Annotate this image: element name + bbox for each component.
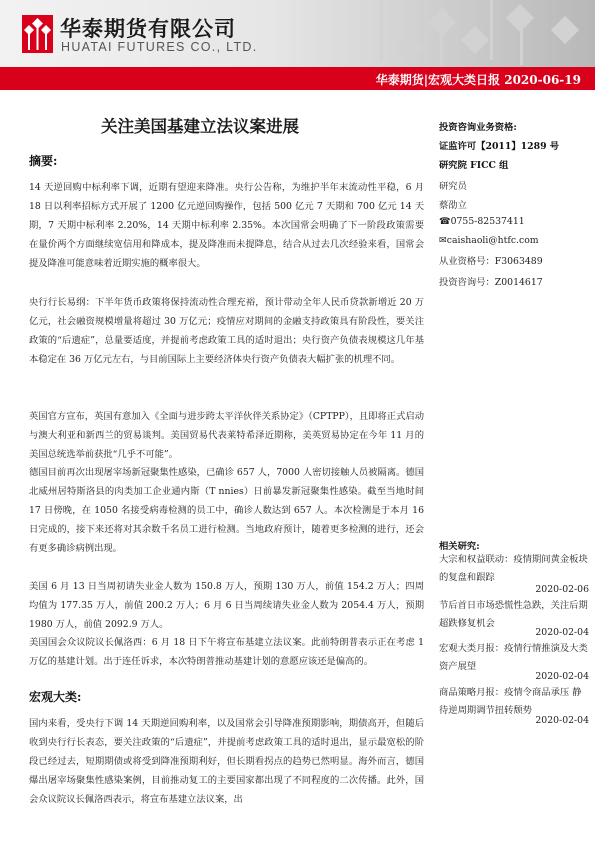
consult-number: 投资咨询号：Z0014617	[439, 274, 543, 288]
department: 研究院 FICC 组	[439, 157, 508, 171]
report-tag-bar: 华泰期货|宏观大类日报 2020-06-19	[0, 67, 595, 90]
report-header: 华泰期货有限公司 HUATAI FUTURES CO., LTD.	[0, 0, 595, 67]
related-item-title[interactable]: 大宗和权益联动：疫情期间黄金板块的复盘和跟踪	[439, 554, 588, 583]
phone-row: ☎0755-82537411	[439, 216, 525, 227]
company-name-cn: 华泰期货有限公司	[60, 13, 236, 43]
related-item-title[interactable]: 宏观大类月报：疫情行情推演及大类资产展望	[439, 643, 588, 672]
phone-icon: ☎	[439, 216, 451, 227]
decor-diamond	[551, 16, 579, 44]
analyst-role: 研究员	[439, 178, 467, 192]
abstract-heading: 摘要:	[29, 152, 57, 169]
report-tag: 华泰期货|宏观大类日报 2020-06-19	[376, 71, 581, 88]
abstract-paragraph-2: 央行行长易纲：下半年货币政策将保持流动性合理充裕，预计带动全年人民币贷款新增近 …	[29, 293, 424, 369]
qualification-label: 投资咨询业务资格:	[439, 119, 517, 133]
decor-line	[380, 0, 383, 60]
macro-heading: 宏观大类:	[29, 688, 81, 705]
decor-diamond	[396, 34, 424, 62]
related-item-date: 2020-02-06	[535, 584, 589, 595]
decor-diamond	[461, 26, 489, 54]
related-item-date: 2020-02-04	[535, 671, 589, 682]
report-title: 关注美国基建立法议案进展	[0, 113, 400, 137]
abstract-paragraph-5: 美国 6 月 13 日当周初请失业金人数为 150.8 万人，预期 130 万人…	[29, 577, 424, 634]
macro-paragraph: 国内来看，受央行下调 14 天期逆回购利率，以及国常会引导降准预期影响，期债高开…	[29, 714, 424, 809]
abstract-paragraph-6: 美国国会众议院议长佩洛西：6 月 18 日下午将宣布基建立法议案。此前特朗普表示…	[29, 633, 424, 671]
related-research-heading: 相关研究:	[439, 538, 480, 552]
envelope-icon: ✉	[439, 235, 447, 246]
abstract-paragraph-4: 德国目前再次出现屠宰场新冠聚集性感染，已确诊 657 人，7000 人密切接触人…	[29, 463, 424, 558]
license-number: 证监许可【2011】1289 号	[439, 138, 559, 152]
related-item-1[interactable]: 大宗和权益联动：疫情期间黄金板块的复盘和跟踪	[439, 551, 589, 587]
email-row[interactable]: ✉caishaoli@htfc.com	[439, 235, 539, 246]
decor-diamond	[506, 4, 534, 32]
email-address[interactable]: caishaoli@htfc.com	[447, 235, 539, 246]
abstract-paragraph-3: 英国官方宣布，英国有意加入《全面与进步跨太平洋伙伴关系协定》（CPTPP），且即…	[29, 407, 424, 464]
abstract-paragraph-1: 14 天逆回购中标利率下调，近期有望迎来降准。央行公告称，为维护半年末流动性平稳…	[29, 178, 424, 273]
company-name-en: HUATAI FUTURES CO., LTD.	[61, 40, 257, 54]
analyst-name: 蔡劭立	[439, 197, 467, 211]
related-item-title[interactable]: 节后首日市场恐慌性急跌，关注后期超跌修复机会	[439, 600, 588, 629]
related-item-title[interactable]: 商品策略月报：疫情令商品承压 静待逆周期调节扭转颓势	[439, 687, 581, 716]
phone-number: 0755-82537411	[451, 216, 525, 227]
decor-diamond	[428, 8, 456, 36]
company-logo-icon	[22, 15, 53, 53]
decor-line	[490, 0, 493, 60]
related-item-date: 2020-02-04	[535, 627, 589, 638]
related-item-date: 2020-02-04	[535, 715, 589, 726]
practice-number: 从业资格号：F3063489	[439, 253, 543, 267]
